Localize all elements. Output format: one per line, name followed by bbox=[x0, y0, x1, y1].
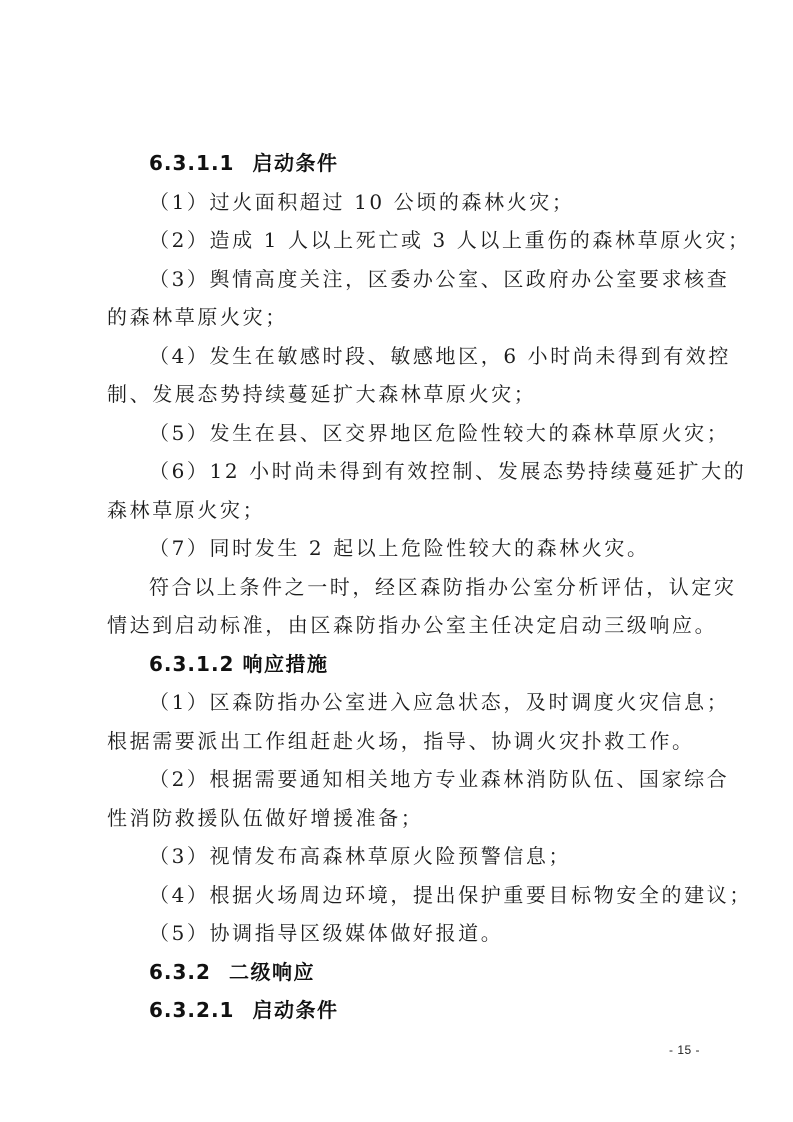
section-title: 响应措施 bbox=[242, 652, 328, 676]
measure-item-3: （3）视情发布高森林草原火险预警信息； bbox=[107, 837, 695, 876]
condition-item-4-line-2: 制、发展态势持续蔓延扩大森林草原火灾； bbox=[107, 375, 695, 414]
section-number: 6.3.2.1 bbox=[149, 998, 234, 1022]
section-number: 6.3.1.1 bbox=[149, 151, 234, 175]
measure-item-5: （5）协调指导区级媒体做好报道。 bbox=[107, 914, 695, 953]
measure-item-1-line-1: （1）区森防指办公室进入应急状态，及时调度火灾信息； bbox=[107, 683, 695, 722]
section-title: 启动条件 bbox=[252, 998, 338, 1022]
condition-item-3-line-1: （3）舆情高度关注，区委办公室、区政府办公室要求核查 bbox=[107, 260, 695, 299]
section-number: 6.3.1.2 bbox=[149, 652, 234, 676]
condition-item-4-line-1: （4）发生在敏感时段、敏感地区，6 小时尚未得到有效控 bbox=[107, 337, 695, 376]
measure-item-4: （4）根据火场周边环境，提出保护重要目标物安全的建议； bbox=[107, 876, 695, 915]
section-heading-6-3-1-1: 6.3.1.1启动条件 bbox=[107, 144, 695, 183]
condition-item-7: （7）同时发生 2 起以上危险性较大的森林火灾。 bbox=[107, 529, 695, 568]
summary-paragraph-line-1: 符合以上条件之一时，经区森防指办公室分析评估，认定灾 bbox=[107, 568, 695, 607]
section-heading-6-3-2-1: 6.3.2.1启动条件 bbox=[107, 991, 695, 1030]
section-heading-6-3-1-2: 6.3.1.2响应措施 bbox=[107, 645, 695, 684]
document-page: 6.3.1.1启动条件 （1）过火面积超过 10 公顷的森林火灾； （2）造成 … bbox=[0, 0, 793, 1122]
page-number: - 15 - bbox=[669, 1043, 700, 1057]
measure-item-2-line-1: （2）根据需要通知相关地方专业森林消防队伍、国家综合 bbox=[107, 760, 695, 799]
section-number: 6.3.2 bbox=[149, 960, 211, 984]
condition-item-2: （2）造成 1 人以上死亡或 3 人以上重伤的森林草原火灾； bbox=[107, 221, 695, 260]
condition-item-5: （5）发生在县、区交界地区危险性较大的森林草原火灾； bbox=[107, 414, 695, 453]
condition-item-6-line-1: （6）12 小时尚未得到有效控制、发展态势持续蔓延扩大的 bbox=[107, 452, 695, 491]
section-heading-6-3-2: 6.3.2二级响应 bbox=[107, 953, 695, 992]
measure-item-1-line-2: 根据需要派出工作组赶赴火场，指导、协调火灾扑救工作。 bbox=[107, 722, 695, 761]
page-content: 6.3.1.1启动条件 （1）过火面积超过 10 公顷的森林火灾； （2）造成 … bbox=[107, 144, 695, 1030]
condition-item-3-line-2: 的森林草原火灾； bbox=[107, 298, 695, 337]
section-title: 二级响应 bbox=[229, 960, 315, 984]
condition-item-6-line-2: 森林草原火灾； bbox=[107, 491, 695, 530]
condition-item-1: （1）过火面积超过 10 公顷的森林火灾； bbox=[107, 183, 695, 222]
measure-item-2-line-2: 性消防救援队伍做好增援准备； bbox=[107, 799, 695, 838]
section-title: 启动条件 bbox=[252, 151, 338, 175]
summary-paragraph-line-2: 情达到启动标准，由区森防指办公室主任决定启动三级响应。 bbox=[107, 606, 695, 645]
